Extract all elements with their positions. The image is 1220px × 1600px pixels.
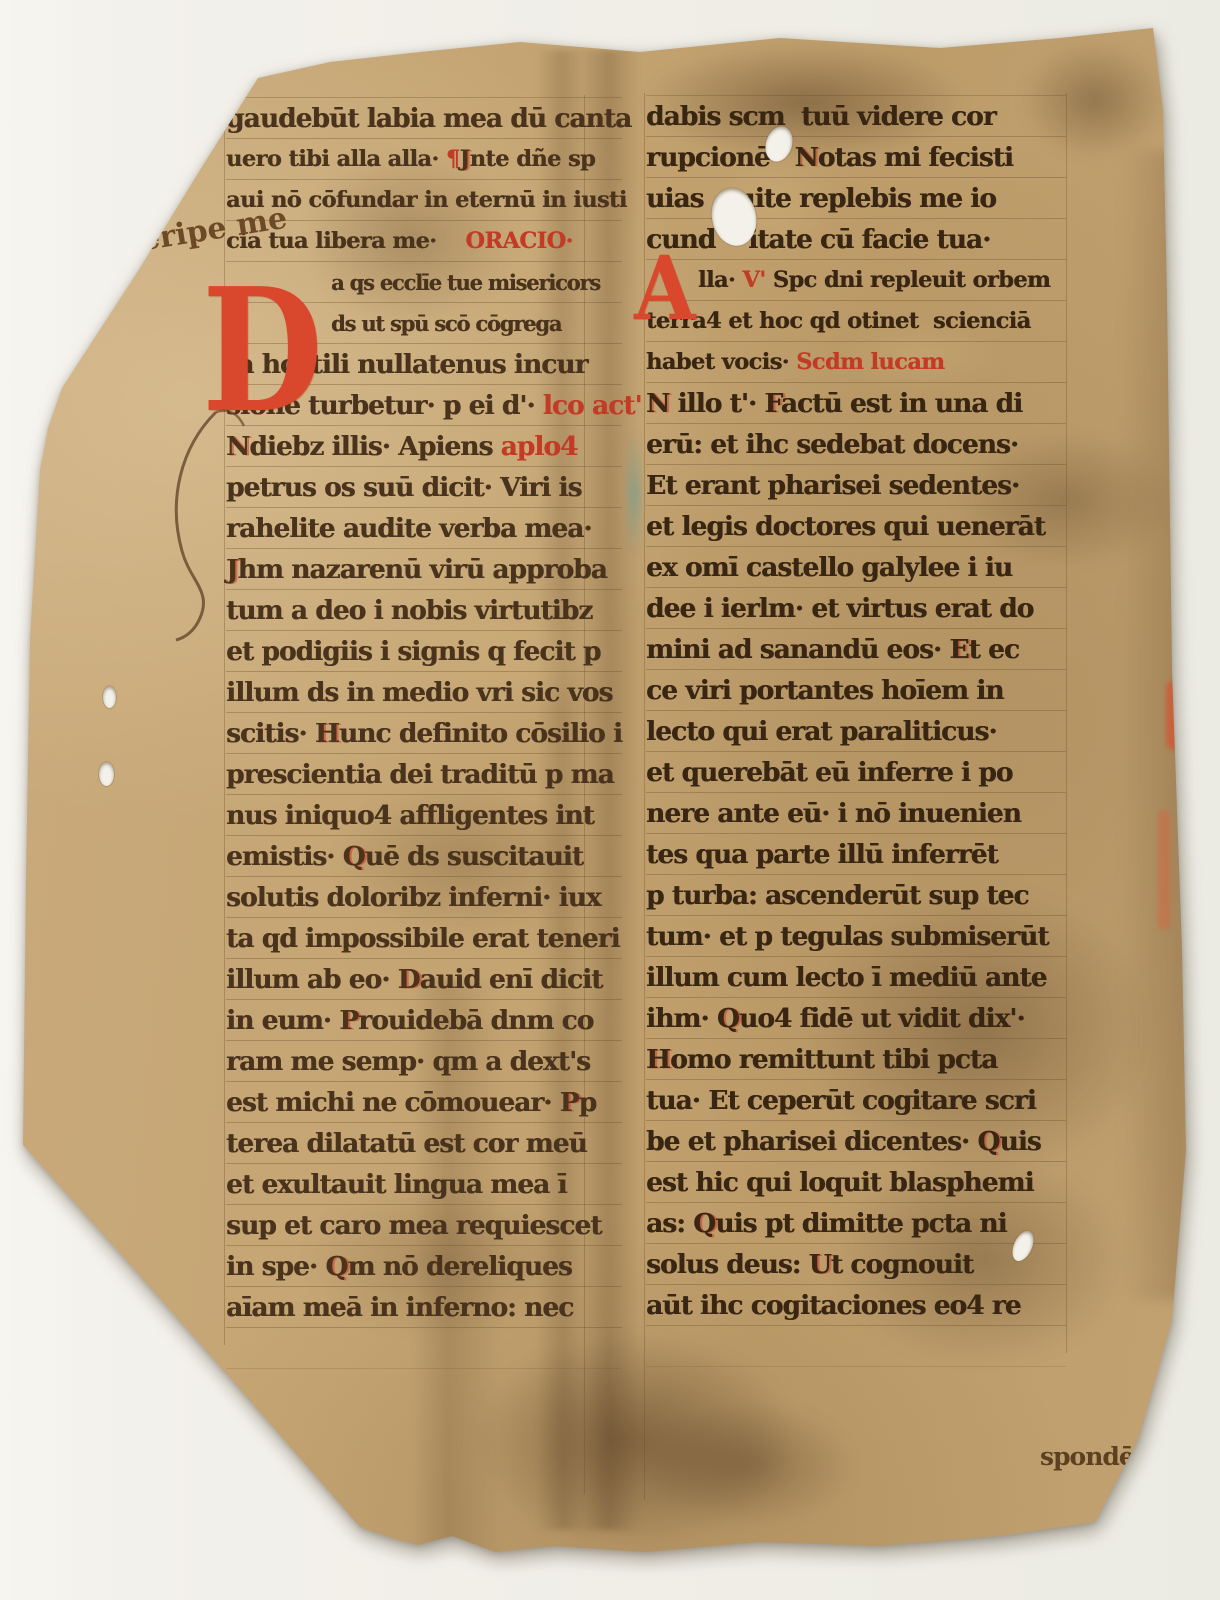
parchment-hole xyxy=(99,762,114,786)
photograph-stage: gaudebūt labia mea dū cantauero tibi all… xyxy=(0,0,1220,1600)
edge-shading xyxy=(0,0,1220,1600)
manuscript-leaf: gaudebūt labia mea dū cantauero tibi all… xyxy=(0,0,1220,1600)
parchment-hole xyxy=(103,686,116,708)
leaf-shadow: gaudebūt labia mea dū cantauero tibi all… xyxy=(0,0,1220,1600)
